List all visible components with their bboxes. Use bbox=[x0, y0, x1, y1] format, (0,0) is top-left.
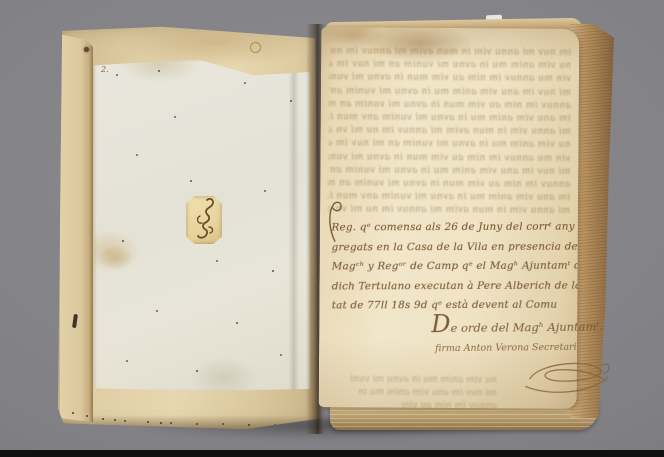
pasted-paper-lining: 2. bbox=[94, 58, 310, 391]
handwriting-line: Magᶜʰ y Regᵒʳ de Camp qᵉ el Magʰ Ajuntam… bbox=[332, 257, 578, 277]
photograph: 2. im nuv mi annu vim in mun avim mi ann… bbox=[0, 0, 664, 457]
lacing-hole bbox=[84, 47, 89, 52]
handwriting-line: nu vim anim mu in avnu mi vunim an mi nu… bbox=[328, 137, 570, 152]
foxing-specks bbox=[94, 58, 96, 60]
handwriting-line: annuv im nim au vim bbox=[327, 399, 497, 413]
bottom-edge-dirt-specks bbox=[72, 412, 74, 414]
photo-bottom-black-band bbox=[0, 450, 664, 457]
bleedthrough-bottom-block: nu vim anim mu in avnu mi vunimi nuv im … bbox=[327, 372, 497, 413]
closing-order-line: De orde del Magʰ Ajuntamᵗ. bbox=[431, 316, 581, 336]
handwriting-line: tat de 77ll 18s 9d qᵉ està devent al Com… bbox=[332, 296, 578, 316]
inked-entry-paragraph: Reg. qᵉ comensa als 26 de Juny del corrᵗ… bbox=[331, 218, 577, 317]
left-cover-parchment: 2. bbox=[58, 26, 318, 429]
handwriting-line: mi nuv im anu vim anim mu in bbox=[327, 385, 497, 399]
inked-monogram-label bbox=[186, 196, 222, 244]
handwriting-line: Reg. qᵉ comensa als 26 de Juny del corrᵗ… bbox=[331, 218, 577, 238]
manuscript-leaf: im nuv mi annu vim in mun avim mi annuv … bbox=[319, 27, 580, 409]
handwriting-line: nu vim anim mu in avnu mi vuni bbox=[327, 372, 497, 386]
handwriting-line: vin mu annuv im nim au vim mun in avnu m… bbox=[328, 151, 570, 166]
corner-numeral-mark: 2. bbox=[101, 65, 109, 74]
handwriting-line: mi nuv im anu vim anim mu in avnu mi vun… bbox=[329, 85, 571, 100]
cover-turn-in-flap bbox=[60, 32, 93, 422]
handwriting-line: dich Tertulano executan à Pere Alberich … bbox=[332, 276, 578, 296]
ring-stain-mark bbox=[250, 42, 261, 53]
handwriting-line: vin mu annuv im nim au vim mun in avnu m… bbox=[329, 72, 571, 87]
bleedthrough-text-block: im nuv mi annu vim in mun avim mi annuv … bbox=[328, 45, 571, 218]
monogram-squiggle-icon bbox=[186, 196, 222, 244]
notarial-rubric-flourish-icon bbox=[522, 351, 612, 404]
handwriting-line: gregats en la Casa de la Vila en presenc… bbox=[332, 237, 578, 257]
handwriting-line: mi annu vim in mun avim mi annuv im nu m… bbox=[328, 203, 570, 218]
